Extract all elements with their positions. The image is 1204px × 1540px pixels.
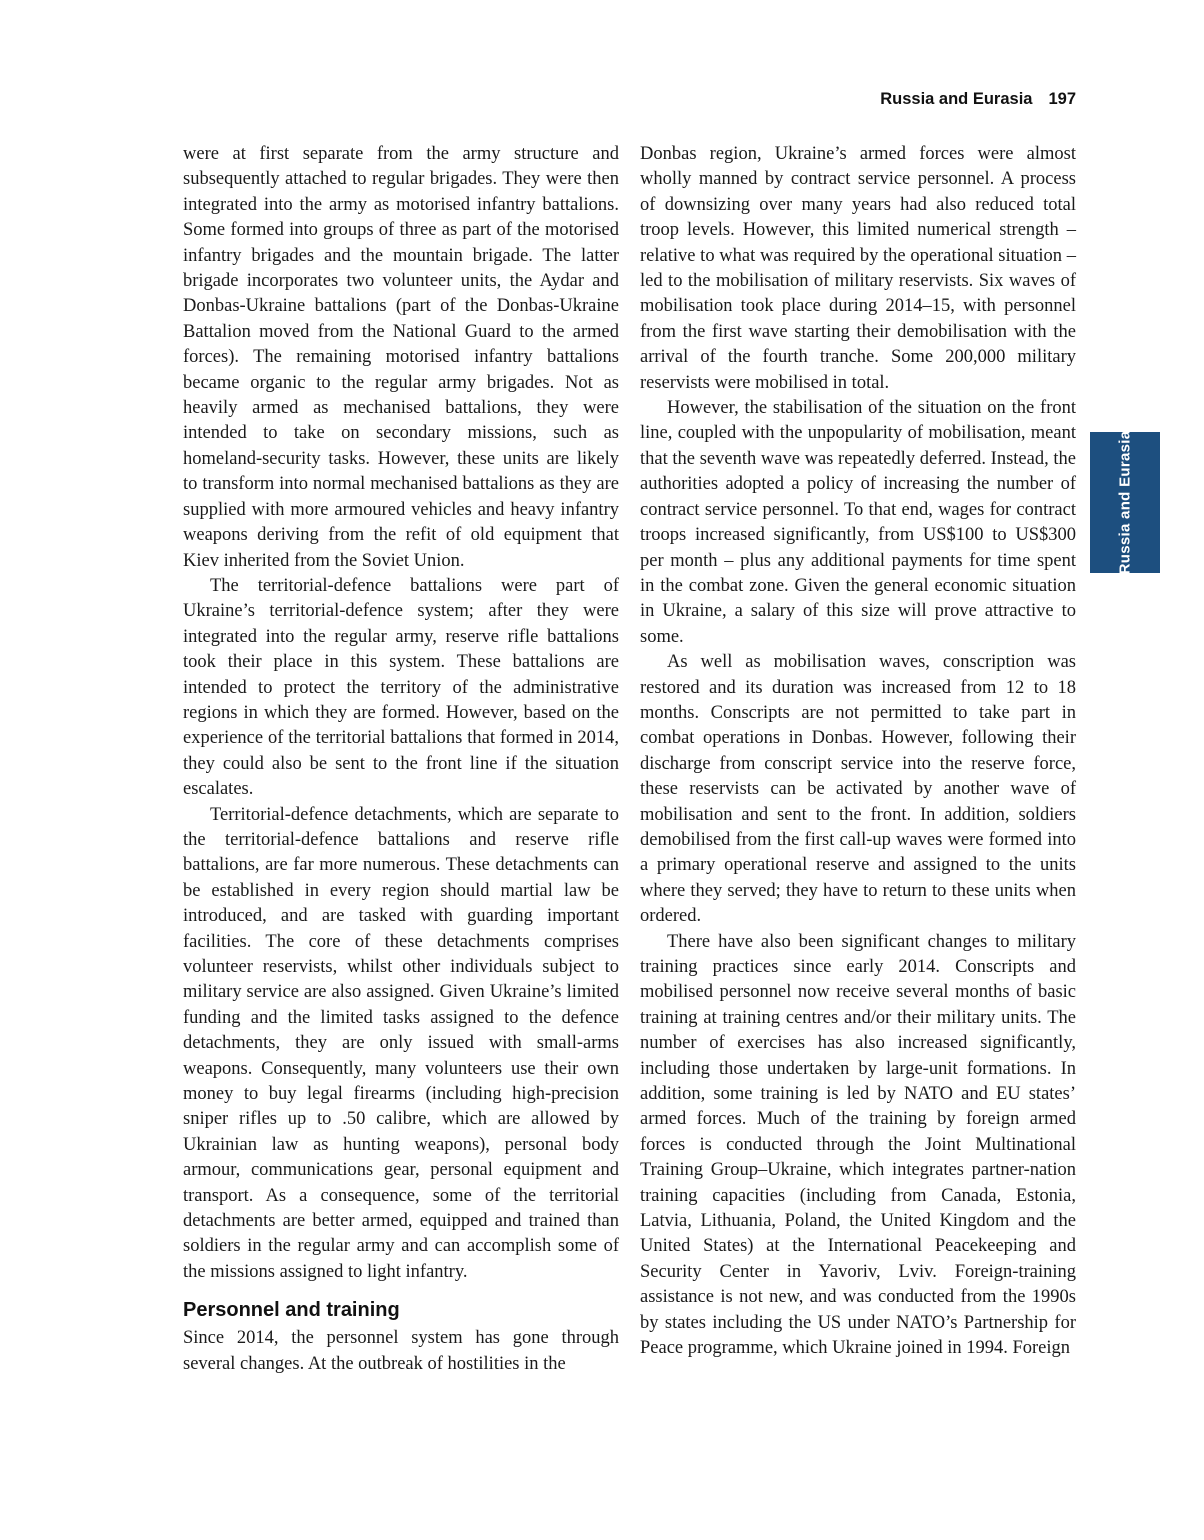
left-column: were at first separate from the army str… xyxy=(183,142,619,1377)
paragraph: Since 2014, the personnel system has gon… xyxy=(183,1326,619,1377)
paragraph: As well as mobilisation waves, conscript… xyxy=(640,650,1076,929)
paragraph: were at first separate from the army str… xyxy=(183,142,619,574)
chapter-tab: Russia and Eurasia xyxy=(1090,432,1160,573)
page-number: 197 xyxy=(1048,90,1076,109)
page-header: Russia and Eurasia197 xyxy=(640,90,1076,109)
right-column: Donbas region, Ukraine’s armed forces we… xyxy=(640,142,1076,1362)
paragraph: Donbas region, Ukraine’s armed forces we… xyxy=(640,142,1076,396)
book-page: Russia and Eurasia197 were at first sepa… xyxy=(0,0,1204,1540)
running-head: Russia and Eurasia xyxy=(880,90,1032,108)
paragraph: There have also been significant changes… xyxy=(640,930,1076,1362)
paragraph: However, the stabilisation of the situat… xyxy=(640,396,1076,650)
paragraph: Territorial-defence detachments, which a… xyxy=(183,803,619,1286)
section-heading: Personnel and training xyxy=(183,1298,619,1322)
chapter-tab-label: Russia and Eurasia xyxy=(1117,431,1134,575)
paragraph: The territorial-defence battalions were … xyxy=(183,574,619,803)
